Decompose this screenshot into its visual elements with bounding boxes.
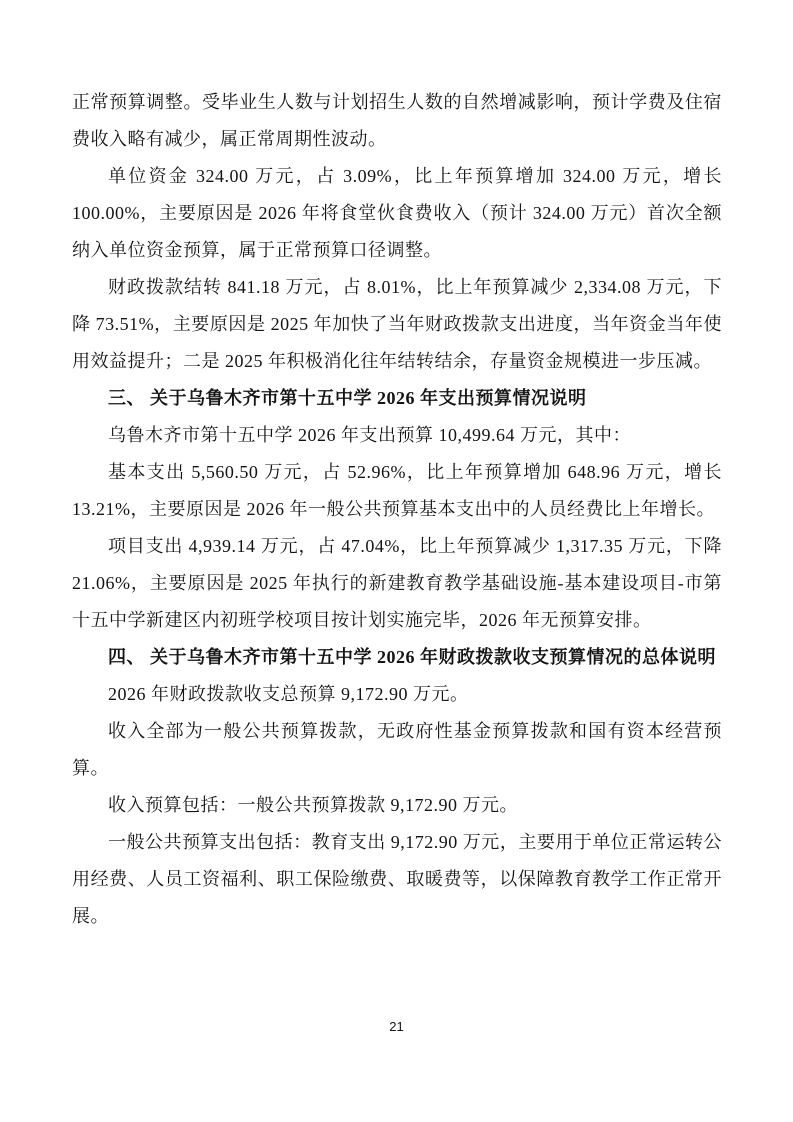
section-heading-4-fiscal-appropriation: 四、 关于乌鲁木齐市第十五中学 2026 年财政拨款收支预算情况的总体说明 [72, 639, 722, 676]
paragraph-fiscal-carryover: 财政拨款结转 841.18 万元，占 8.01%，比上年预算减少 2,334.0… [72, 269, 722, 380]
paragraph-fiscal-total-budget: 2026 年财政拨款收支总预算 9,172.90 万元。 [72, 676, 722, 713]
paragraph-continued-revenue-adjustment: 正常预算调整。受毕业生人数与计划招生人数的自然增减影响，预计学费及住宿费收入略有… [72, 84, 722, 158]
paragraph-unit-funds: 单位资金 324.00 万元，占 3.09%，比上年预算增加 324.00 万元… [72, 158, 722, 269]
paragraph-total-expenditure: 乌鲁木齐市第十五中学 2026 年支出预算 10,499.64 万元，其中： [72, 417, 722, 454]
paragraph-basic-expenditure: 基本支出 5,560.50 万元，占 52.96%，比上年预算增加 648.96… [72, 454, 722, 528]
document-page: 正常预算调整。受毕业生人数与计划招生人数的自然增减影响，预计学费及住宿费收入略有… [0, 0, 793, 1122]
paragraph-income-source: 收入全部为一般公共预算拨款，无政府性基金预算拨款和国有资本经营预算。 [72, 713, 722, 787]
section-heading-3-expenditure-budget: 三、 关于乌鲁木齐市第十五中学 2026 年支出预算情况说明 [72, 380, 722, 417]
paragraph-income-budget-includes: 收入预算包括：一般公共预算拨款 9,172.90 万元。 [72, 787, 722, 824]
page-number: 21 [0, 1019, 793, 1034]
paragraph-expenditure-budget-includes: 一般公共预算支出包括：教育支出 9,172.90 万元，主要用于单位正常运转公用… [72, 824, 722, 935]
paragraph-project-expenditure: 项目支出 4,939.14 万元，占 47.04%，比上年预算减少 1,317.… [72, 528, 722, 639]
document-body: 正常预算调整。受毕业生人数与计划招生人数的自然增减影响，预计学费及住宿费收入略有… [72, 84, 722, 935]
